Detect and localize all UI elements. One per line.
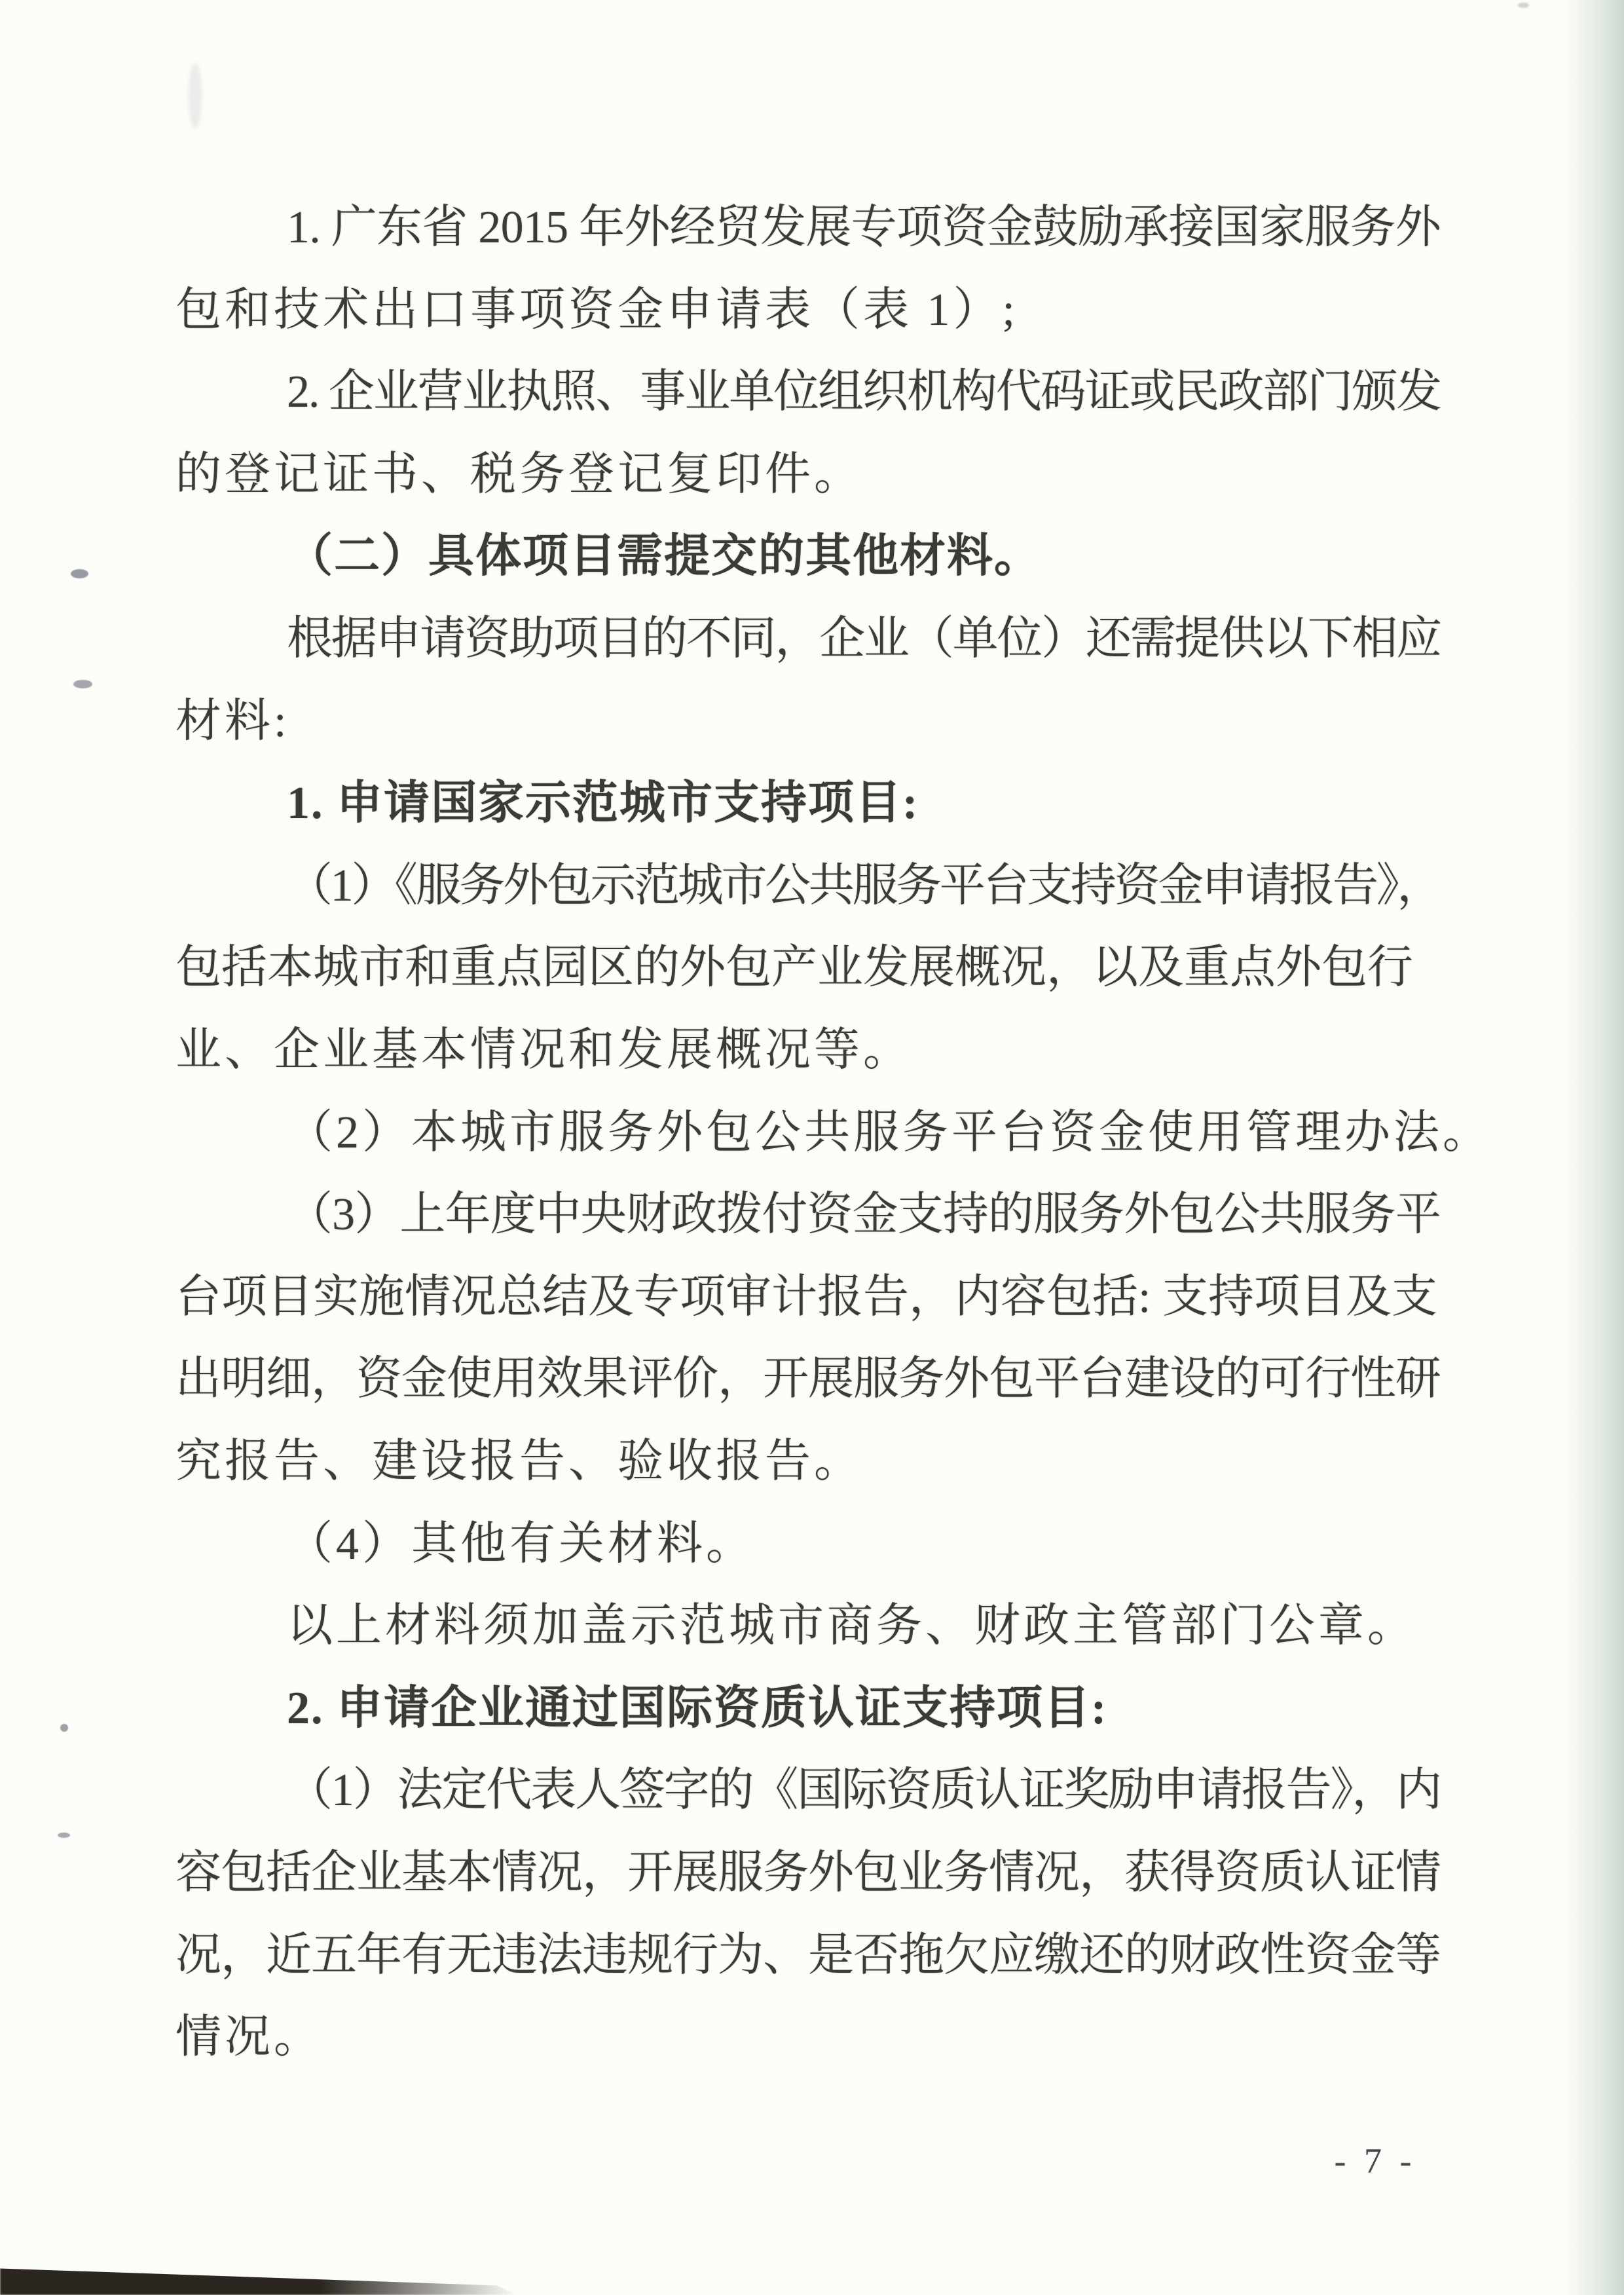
text-line-13: （3）上年度中央财政拨付资金支持的服务外包公共服务平 bbox=[175, 1181, 1441, 1254]
scan-edge-right-band bbox=[1603, 0, 1624, 2295]
text-line-4: 的登记证书、税务登记复印件。 bbox=[175, 441, 1441, 514]
text-line-10: 包括本城市和重点园区的外包产业发展概况，以及重点外包行 bbox=[175, 934, 1441, 1007]
text-line-2: 包和技术出口事项资金申请表（表 1）; bbox=[175, 276, 1441, 350]
page-number: - 7 - bbox=[1310, 2140, 1441, 2181]
text-line-19: 2. 申请企业通过国际资质认证支持项目: bbox=[175, 1675, 1441, 1748]
text-line-14: 台项目实施情况总结及专项审计报告，内容包括: 支持项目及支 bbox=[175, 1263, 1441, 1337]
scan-artifact-dot-topright bbox=[1518, 3, 1529, 8]
scan-artifact-smudge-4 bbox=[58, 1833, 70, 1838]
document-body: 1. 广东省 2015 年外经贸发展专项资金鼓励承接国家服务外包和技术出口事项资… bbox=[175, 0, 1441, 2295]
text-line-20: （1）法定代表人签字的《国际资质认证奖励申请报告》，内 bbox=[175, 1757, 1441, 1830]
scan-artifact-smudge-3 bbox=[60, 1724, 68, 1732]
scan-edge-right-soft bbox=[1565, 0, 1606, 2295]
text-line-17: （4）其他有关材料。 bbox=[175, 1510, 1441, 1584]
text-line-9: （1）《服务外包示范城市公共服务平台支持资金申请报告》， bbox=[175, 852, 1441, 925]
text-line-21: 容包括企业基本情况，开展服务外包业务情况，获得资质认证情 bbox=[175, 1839, 1441, 1912]
text-line-8: 1. 申请国家示范城市支持项目: bbox=[175, 770, 1441, 843]
text-line-18: 以上材料须加盖示范城市商务、财政主管部门公章。 bbox=[175, 1592, 1441, 1666]
scan-artifact-smudge-2 bbox=[73, 680, 92, 688]
text-line-12: （2）本城市服务外包公共服务平台资金使用管理办法。 bbox=[175, 1099, 1441, 1172]
text-line-3: 2. 企业营业执照、事业单位组织机构代码证或民政部门颁发 bbox=[175, 358, 1441, 432]
text-line-6: 根据申请资助项目的不同，企业（单位）还需提供以下相应 bbox=[175, 605, 1441, 679]
text-line-22: 况，近五年有无违法违规行为、是否拖欠应缴还的财政性资金等 bbox=[175, 1922, 1441, 1995]
text-line-5: （二）具体项目需提交的其他材料。 bbox=[175, 523, 1441, 596]
text-line-23: 情况。 bbox=[175, 2004, 1441, 2077]
text-line-7: 材料: bbox=[175, 688, 1441, 761]
scan-artifact-smudge-1 bbox=[71, 569, 88, 578]
scan-artifact-streak-top bbox=[189, 63, 202, 128]
text-line-15: 出明细，资金使用效果评价，开展服务外包平台建设的可行性研 bbox=[175, 1345, 1441, 1419]
text-line-16: 究报告、建设报告、验收报告。 bbox=[175, 1428, 1441, 1501]
text-line-1: 1. 广东省 2015 年外经贸发展专项资金鼓励承接国家服务外 bbox=[175, 194, 1441, 267]
text-line-11: 业、企业基本情况和发展概况等。 bbox=[175, 1017, 1441, 1090]
scanned-document-page: 1. 广东省 2015 年外经贸发展专项资金鼓励承接国家服务外包和技术出口事项资… bbox=[0, 0, 1624, 2295]
